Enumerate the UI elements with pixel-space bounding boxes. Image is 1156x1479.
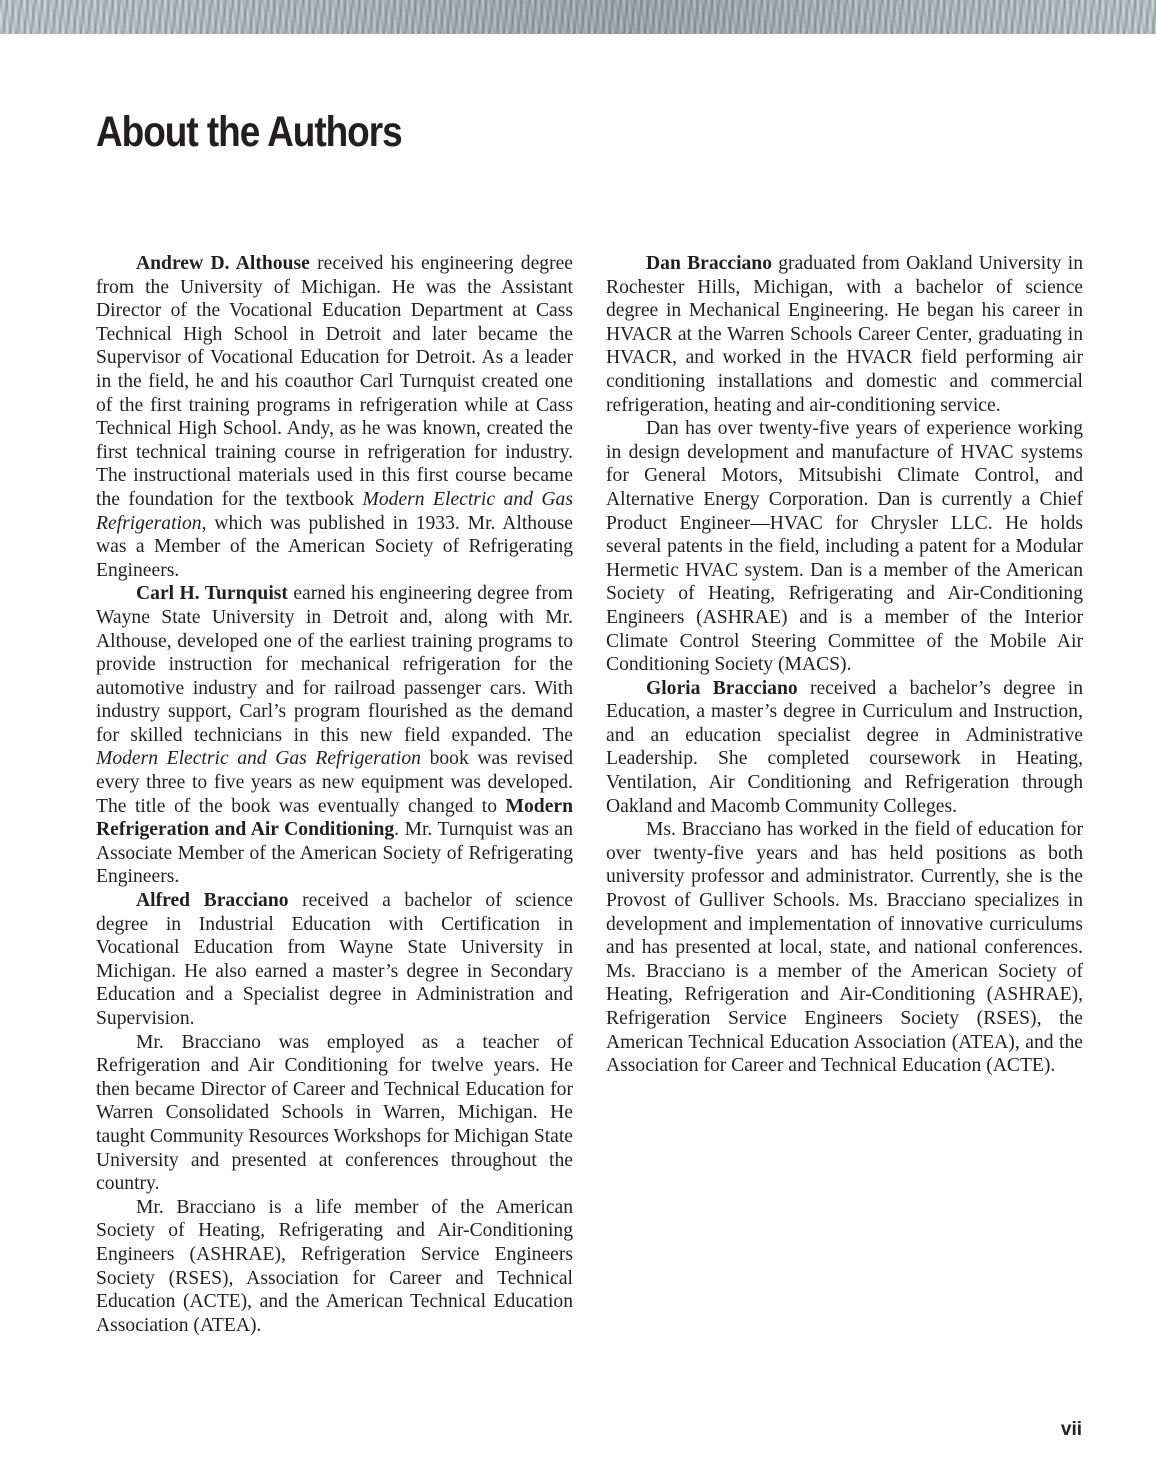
right-column: Dan Bracciano graduated from Oakland Uni… [606, 252, 1083, 1078]
author-name: Gloria Bracciano [646, 678, 798, 699]
bio-dan-bracciano: Dan Bracciano graduated from Oakland Uni… [606, 252, 1083, 417]
author-name: Andrew D. Althouse [136, 253, 310, 274]
bio-alfred-memberships: Mr. Bracciano is a life member of the Am… [96, 1196, 573, 1338]
bio-turnquist: Carl H. Turnquist earned his engineering… [96, 582, 573, 889]
page-title: About the Authors [96, 108, 402, 157]
author-name: Dan Bracciano [646, 253, 772, 274]
bio-gloria-career: Ms. Bracciano has worked in the field of… [606, 818, 1083, 1078]
author-name: Alfred Bracciano [136, 890, 289, 911]
bio-alfred-bracciano: Alfred Bracciano received a bachelor of … [96, 889, 573, 1031]
page-number: vii [1061, 1419, 1082, 1441]
textured-header-banner [0, 0, 1156, 34]
bio-gloria-bracciano: Gloria Bracciano received a bachelor’s d… [606, 677, 1083, 819]
book-title: Modern Electric and Gas Refrigeration [96, 748, 421, 769]
bio-alfred-career: Mr. Bracciano was employed as a teacher … [96, 1031, 573, 1196]
bio-dan-experience: Dan has over twenty-five years of experi… [606, 417, 1083, 677]
author-name: Carl H. Turnquist [136, 583, 288, 604]
left-column: Andrew D. Althouse received his engineer… [96, 252, 573, 1337]
bio-althouse: Andrew D. Althouse received his engineer… [96, 252, 573, 582]
